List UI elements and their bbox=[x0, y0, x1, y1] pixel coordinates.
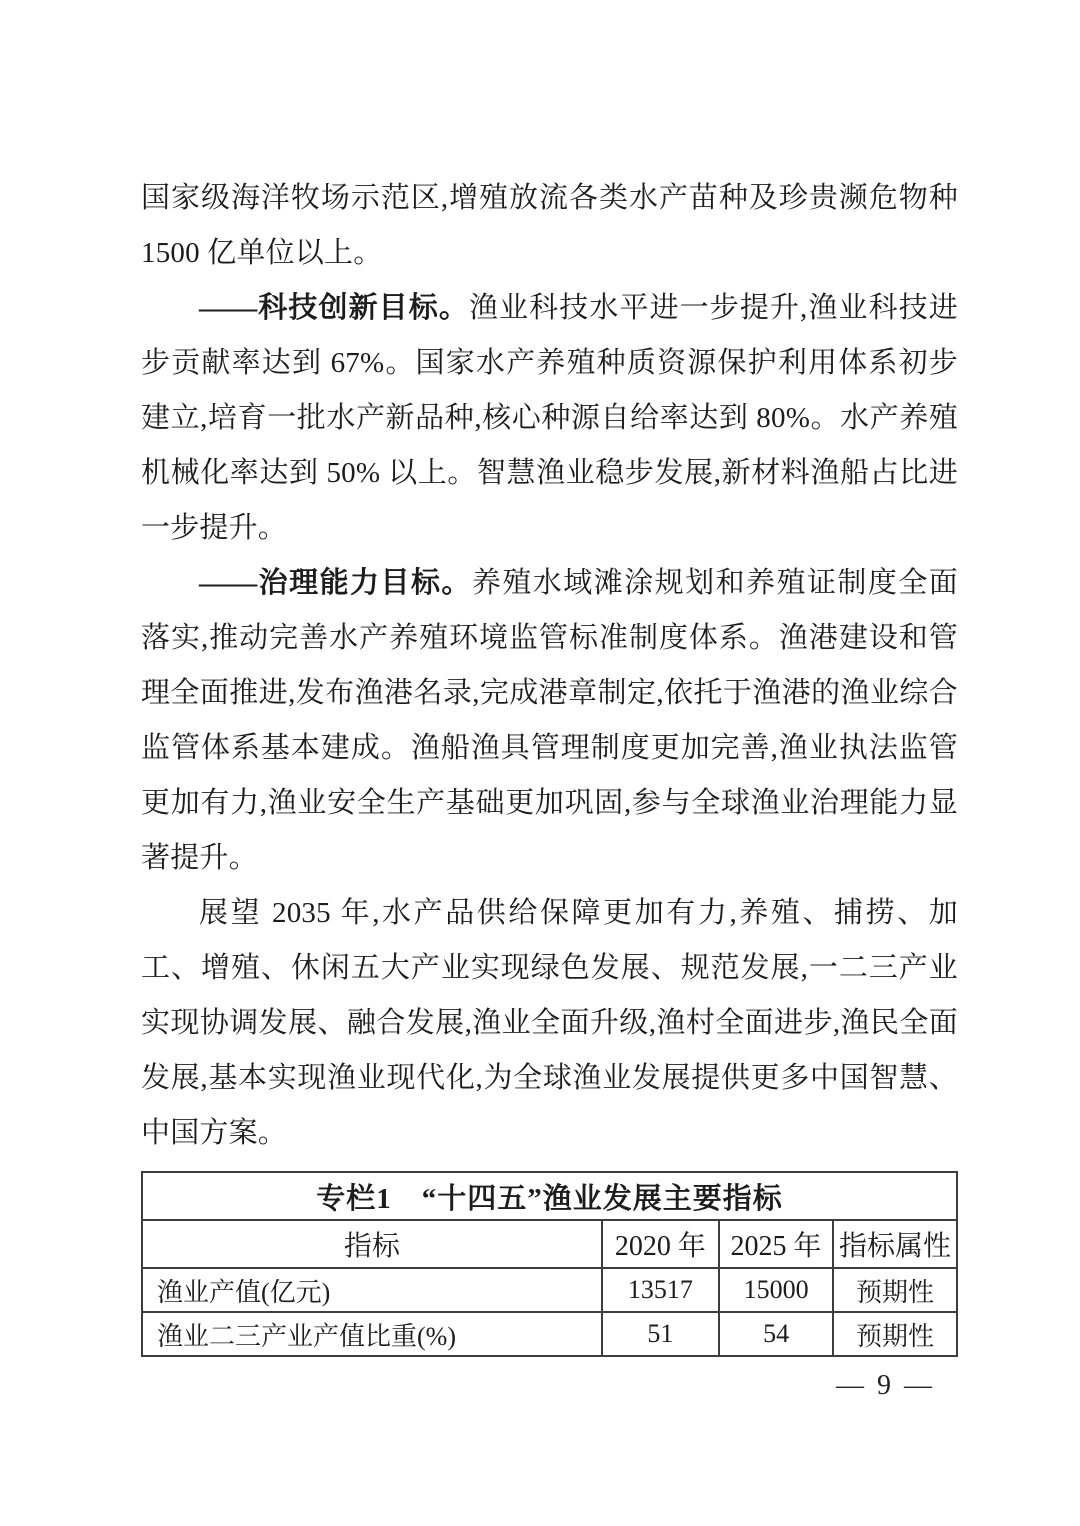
page-number: — 9 — bbox=[836, 1370, 935, 1402]
table-title-row: 专栏1 “十四五”渔业发展主要指标 bbox=[142, 1172, 957, 1220]
paragraph-text: 养殖水域滩涂规划和养殖证制度全面落实,推动完善水产养殖环境监管标准制度体系。渔港… bbox=[141, 567, 958, 874]
cell-indicator: 渔业二三产业产值比重(%) bbox=[142, 1312, 602, 1356]
paragraph-governance-goal: ——治理能力目标。养殖水域滩涂规划和养殖证制度全面落实,推动完善水产养殖环境监管… bbox=[141, 556, 958, 886]
cell-2025-value: 54 bbox=[719, 1312, 833, 1356]
column-header-indicator: 指标 bbox=[142, 1220, 602, 1268]
paragraph-continuation: 国家级海洋牧场示范区,增殖放流各类水产苗种及珍贵濒危物种 1500 亿单位以上。 bbox=[141, 171, 958, 281]
column-header-2025: 2025 年 bbox=[719, 1220, 833, 1268]
paragraph-text: 国家级海洋牧场示范区,增殖放流各类水产苗种及珍贵濒危物种 1500 亿单位以上。 bbox=[141, 182, 958, 269]
cell-attribute: 预期性 bbox=[833, 1268, 957, 1312]
column-header-attribute: 指标属性 bbox=[833, 1220, 957, 1268]
table-row: 渔业产值(亿元) 13517 15000 预期性 bbox=[142, 1268, 957, 1312]
paragraph-outlook-2035: 展望 2035 年,水产品供给保障更加有力,养殖、捕捞、加工、增殖、休闲五大产业… bbox=[141, 886, 958, 1161]
paragraph-bold-lead: ——科技创新目标。 bbox=[199, 292, 469, 324]
document-page: 国家级海洋牧场示范区,增殖放流各类水产苗种及珍贵濒危物种 1500 亿单位以上。… bbox=[0, 0, 1080, 1526]
paragraph-text: 渔业科技水平进一步提升,渔业科技进步贡献率达到 67%。国家水产养殖种质资源保护… bbox=[141, 292, 958, 544]
indicators-table: 专栏1 “十四五”渔业发展主要指标 指标 2020 年 2025 年 指标属性 … bbox=[141, 1171, 958, 1357]
table-header-row: 指标 2020 年 2025 年 指标属性 bbox=[142, 1220, 957, 1268]
cell-2020-value: 51 bbox=[602, 1312, 719, 1356]
column-header-2020: 2020 年 bbox=[602, 1220, 719, 1268]
paragraph-text: 展望 2035 年,水产品供给保障更加有力,养殖、捕捞、加工、增殖、休闲五大产业… bbox=[141, 897, 958, 1149]
cell-2025-value: 15000 bbox=[719, 1268, 833, 1312]
paragraph-bold-lead: ——治理能力目标。 bbox=[199, 567, 472, 599]
document-body: 国家级海洋牧场示范区,增殖放流各类水产苗种及珍贵濒危物种 1500 亿单位以上。… bbox=[141, 171, 958, 1357]
cell-attribute: 预期性 bbox=[833, 1312, 957, 1356]
table-title: 专栏1 “十四五”渔业发展主要指标 bbox=[142, 1172, 957, 1220]
paragraph-sci-tech-goal: ——科技创新目标。渔业科技水平进一步提升,渔业科技进步贡献率达到 67%。国家水… bbox=[141, 281, 958, 556]
cell-2020-value: 13517 bbox=[602, 1268, 719, 1312]
cell-indicator: 渔业产值(亿元) bbox=[142, 1268, 602, 1312]
table-row: 渔业二三产业产值比重(%) 51 54 预期性 bbox=[142, 1312, 957, 1356]
